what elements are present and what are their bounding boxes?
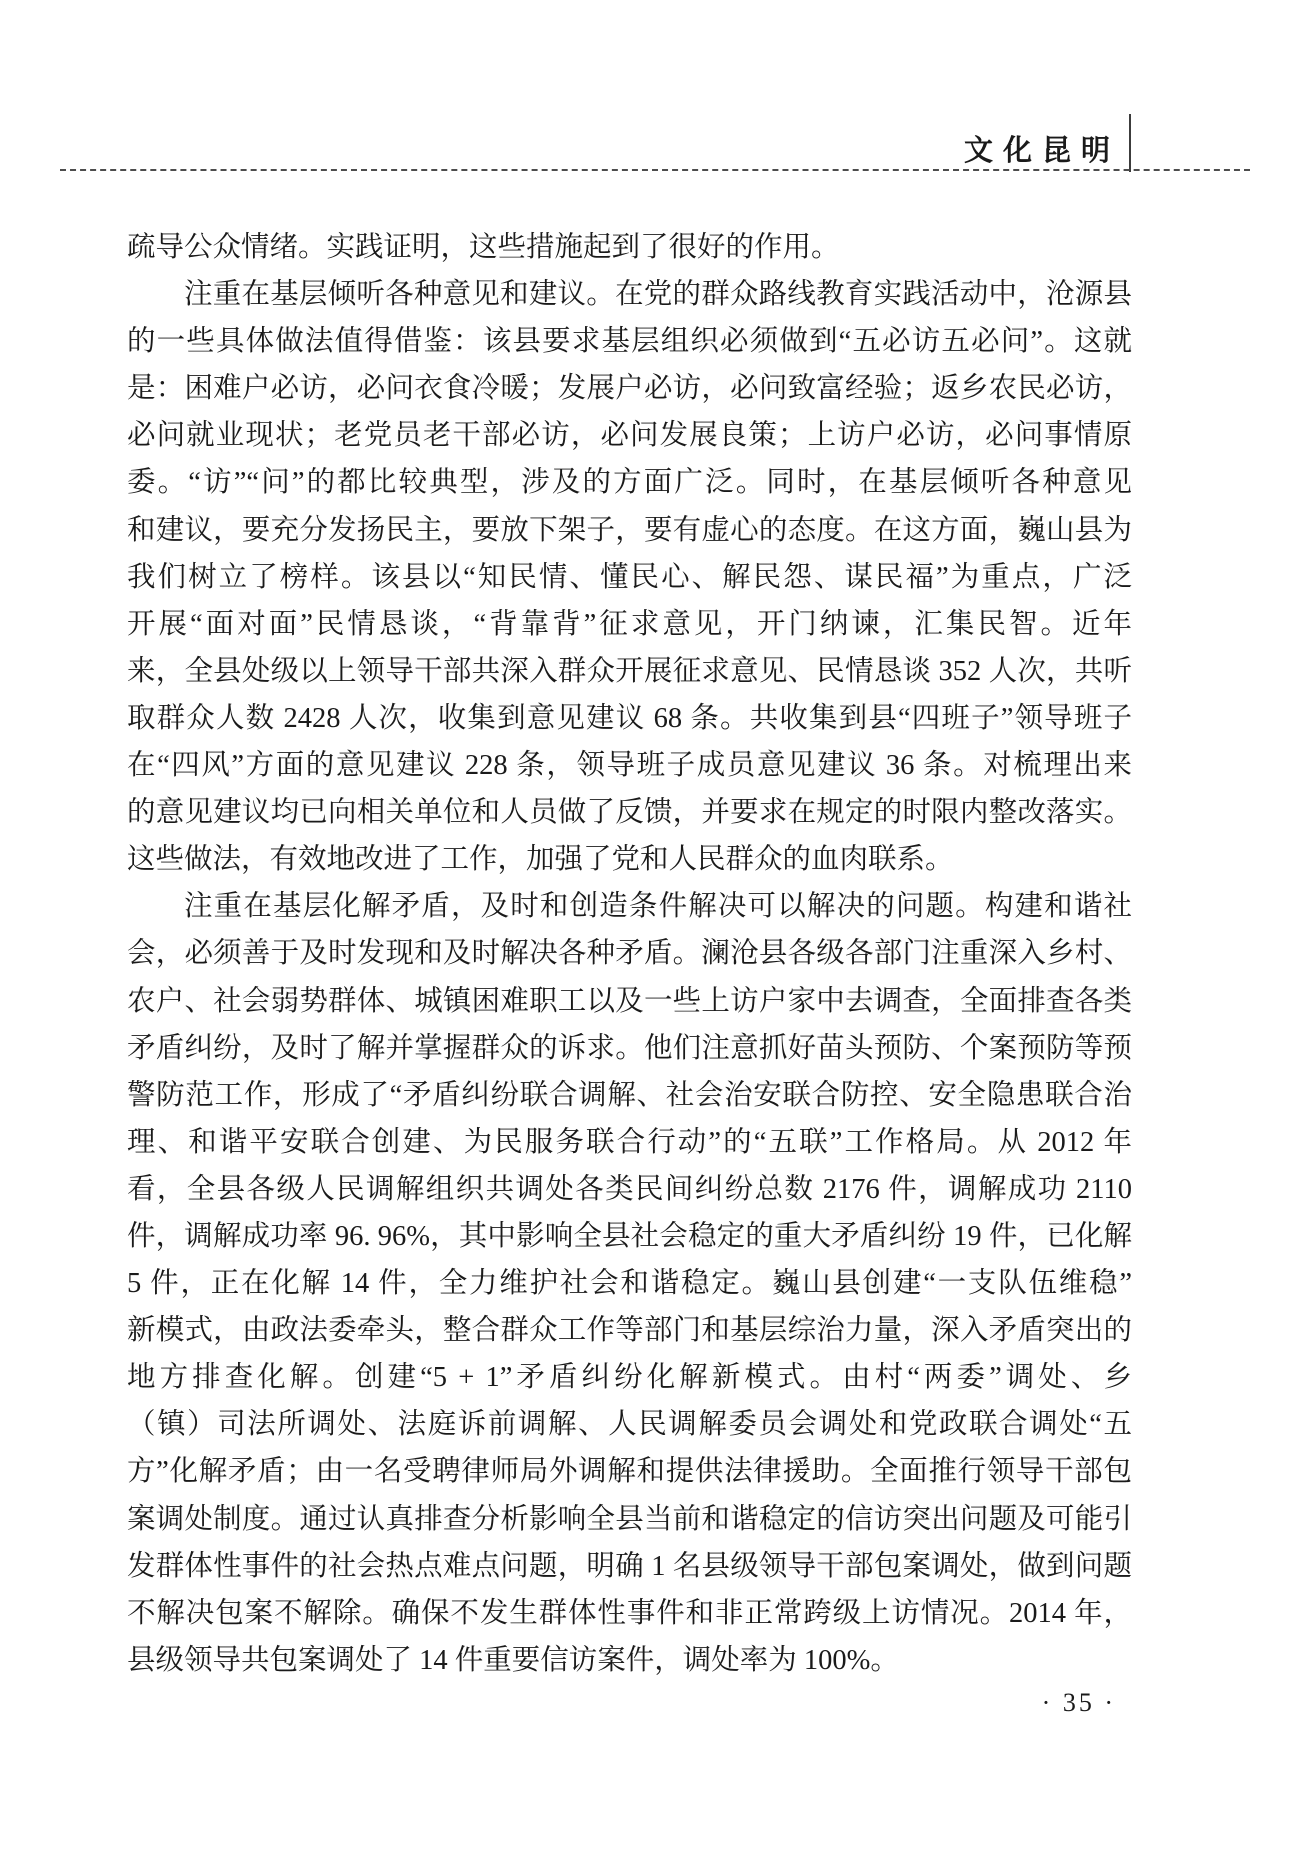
text-line: 农户、社会弱势群体、城镇困难职工以及一些上访户家中去调查，全面排查各类 xyxy=(127,978,1132,1025)
text-line: 委。“访”“问”的都比较典型，涉及的方面广泛。同时，在基层倾听各种意见 xyxy=(127,459,1132,506)
text-line: 注重在基层倾听各种意见和建议。在党的群众路线教育实践活动中，沧源县 xyxy=(127,271,1132,318)
book-page: 文化昆明 疏导公众情绪。实践证明，这些措施起到了很好的作用。注重在基层倾听各种意… xyxy=(0,0,1307,1859)
text-line: 疏导公众情绪。实践证明，这些措施起到了很好的作用。 xyxy=(127,224,1132,271)
text-line: 警防范工作，形成了“矛盾纠纷联合调解、社会治安联合防控、安全隐患联合治 xyxy=(127,1072,1132,1119)
text-line: 县级领导共包案调处了 14 件重要信访案件，调处率为 100%。 xyxy=(127,1637,1132,1684)
text-line: 必问就业现状；老党员老干部必访，必问发展良策；上访户必访，必问事情原 xyxy=(127,412,1132,459)
text-line: 发群体性事件的社会热点难点问题，明确 1 名县级领导干部包案调处，做到问题 xyxy=(127,1543,1132,1590)
text-line: 这些做法，有效地改进了工作，加强了党和人民群众的血肉联系。 xyxy=(127,836,1132,883)
body-text: 疏导公众情绪。实践证明，这些措施起到了很好的作用。注重在基层倾听各种意见和建议。… xyxy=(127,224,1132,1684)
text-line: 在“四风”方面的意见建议 228 条，领导班子成员意见建议 36 条。对梳理出来 xyxy=(127,742,1132,789)
text-line: 地方排查化解。创建“5 + 1”矛盾纠纷化解新模式。由村“两委”调处、乡 xyxy=(127,1354,1132,1401)
text-line: 注重在基层化解矛盾，及时和创造条件解决可以解决的问题。构建和谐社 xyxy=(127,883,1132,930)
text-line: 是：困难户必访，必问衣食冷暖；发展户必访，必问致富经验；返乡农民必访， xyxy=(127,365,1132,412)
text-line: 开展“面对面”民情恳谈，“背靠背”征求意见，开门纳谏，汇集民智。近年 xyxy=(127,601,1132,648)
text-line: （镇）司法所调处、法庭诉前调解、人民调解委员会调处和党政联合调处“五 xyxy=(127,1401,1132,1448)
page-number: · 35 · xyxy=(127,1688,1132,1718)
text-line: 方”化解矛盾；由一名受聘律师局外调解和提供法律援助。全面推行领导干部包 xyxy=(127,1448,1132,1495)
text-line: 矛盾纠纷，及时了解并掌握群众的诉求。他们注意抓好苗头预防、个案预防等预 xyxy=(127,1025,1132,1072)
text-line: 理、和谐平安联合创建、为民服务联合行动”的“五联”工作格局。从 2012 年 xyxy=(127,1119,1132,1166)
header-dashed-divider xyxy=(60,169,1250,171)
header-vertical-rule xyxy=(1129,114,1131,172)
text-line: 5 件，正在化解 14 件，全力维护社会和谐稳定。巍山县创建“一支队伍维稳” xyxy=(127,1260,1132,1307)
text-line: 的意见建议均已向相关单位和人员做了反馈，并要求在规定的时限内整改落实。 xyxy=(127,789,1132,836)
text-line: 的一些具体做法值得借鉴：该县要求基层组织必须做到“五必访五必问”。这就 xyxy=(127,318,1132,365)
page-header-title: 文化昆明 xyxy=(127,128,1120,169)
text-line: 案调处制度。通过认真排查分析影响全县当前和谐稳定的信访突出问题及可能引 xyxy=(127,1496,1132,1543)
text-line: 和建议，要充分发扬民主，要放下架子，要有虚心的态度。在这方面，巍山县为 xyxy=(127,507,1132,554)
text-line: 看，全县各级人民调解组织共调处各类民间纠纷总数 2176 件，调解成功 2110 xyxy=(127,1166,1132,1213)
text-line: 不解决包案不解除。确保不发生群体性事件和非正常跨级上访情况。2014 年， xyxy=(127,1590,1132,1637)
text-line: 件，调解成功率 96. 96%，其中影响全县社会稳定的重大矛盾纠纷 19 件，已… xyxy=(127,1213,1132,1260)
text-line: 取群众人数 2428 人次，收集到意见建议 68 条。共收集到县“四班子”领导班… xyxy=(127,695,1132,742)
text-line: 来，全县处级以上领导干部共深入群众开展征求意见、民情恳谈 352 人次，共听 xyxy=(127,648,1132,695)
text-line: 会，必须善于及时发现和及时解决各种矛盾。澜沧县各级各部门注重深入乡村、 xyxy=(127,930,1132,977)
text-line: 我们树立了榜样。该县以“知民情、懂民心、解民怨、谋民福”为重点，广泛 xyxy=(127,554,1132,601)
text-line: 新模式，由政法委牵头，整合群众工作等部门和基层综治力量，深入矛盾突出的 xyxy=(127,1307,1132,1354)
